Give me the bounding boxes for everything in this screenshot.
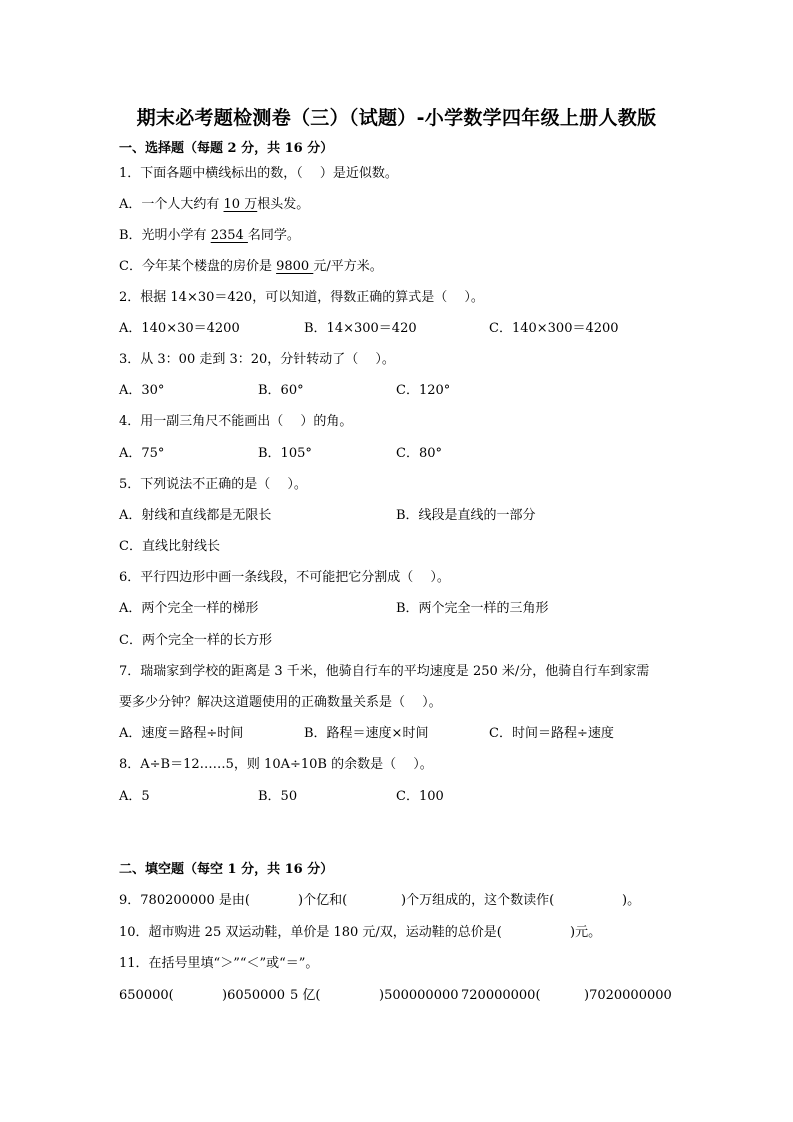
question-2-option-a: A．140×30＝4200	[119, 321, 240, 337]
question-7-stem-line-2: 要多少分钟？解决这道题使用的正确数量关系是（ ）。	[119, 695, 442, 711]
page-title: 期末必考题检测卷（三）（试题）-小学数学四年级上册人教版	[0, 103, 793, 130]
question-1-option-c: C．今年某个楼盘的房价是 9800 元/平方米。	[119, 259, 383, 275]
section-heading-choice: 一、选择题（每题 2 分，共 16 分）	[119, 141, 333, 157]
question-8-option-c: C．100	[396, 789, 444, 805]
question-11-comparison-2-right: )500000000	[379, 988, 459, 1004]
question-9-part-3: )个万组成的，这个数读作(	[401, 893, 554, 909]
option-prefix: B．光明小学有	[119, 228, 211, 243]
question-5-stem: 5．下列说法不正确的是（ ）。	[119, 477, 307, 493]
option-prefix: A．一个人大约有	[119, 197, 224, 212]
question-9-part-1: 9．780200000 是由(	[119, 893, 250, 909]
question-4-option-a: A．75°	[119, 446, 164, 462]
question-4-option-c: C．80°	[396, 446, 442, 462]
question-9-part-2: )个亿和(	[298, 893, 347, 909]
section-heading-fill-in: 二、填空题（每空 1 分，共 16 分）	[119, 862, 333, 878]
question-2-option-c: C．140×300＝4200	[489, 321, 619, 337]
question-5-option-b: B．线段是直线的一部分	[396, 508, 536, 524]
underlined-number: 9800	[276, 259, 313, 274]
question-3-option-b: B．60°	[258, 383, 304, 399]
question-2-stem: 2．根据 14×30＝420，可以知道，得数正确的算式是（ ）。	[119, 290, 484, 306]
question-9-part-4: )。	[622, 893, 640, 909]
question-11-stem: 11．在括号里填“＞”“＜”或“＝”。	[119, 956, 318, 972]
question-7-option-b: B．路程＝速度×时间	[304, 726, 428, 742]
question-11-comparison-2-left: 5 亿(	[290, 988, 320, 1004]
question-11-comparison-1-left: 650000(	[119, 988, 174, 1004]
question-7-option-a: A．速度＝路程÷时间	[119, 726, 243, 742]
question-3-option-a: A．30°	[119, 383, 164, 399]
question-7-option-c: C．时间＝路程÷速度	[489, 726, 614, 742]
question-1-option-a: A．一个人大约有 10 万根头发。	[119, 197, 309, 213]
question-4-option-b: B．105°	[258, 446, 312, 462]
question-6-stem: 6．平行四边形中画一条线段，不可能把它分割成（ ）。	[119, 570, 450, 586]
question-11-comparison-3-right: )7020000000	[584, 988, 672, 1004]
question-10-part-1: 10．超市购进 25 双运动鞋，单价是 180 元/双，运动鞋的总价是(	[119, 925, 502, 941]
question-7-stem-line-1: 7．瑞瑞家到学校的距离是 3 千米，他骑自行车的平均速度是 250 米/分，他骑…	[119, 664, 649, 680]
exam-page: 期末必考题检测卷（三）（试题）-小学数学四年级上册人教版 一、选择题（每题 2 …	[0, 0, 793, 1122]
question-1-stem: 1．下面各题中横线标出的数，（ ）是近似数。	[119, 166, 398, 182]
question-5-option-c: C．直线比射线长	[119, 539, 220, 555]
question-5-option-a: A．射线和直线都是无限长	[119, 508, 271, 524]
question-6-option-b: B．两个完全一样的三角形	[396, 601, 549, 617]
option-suffix: 元/平方米。	[313, 259, 382, 274]
question-6-option-c: C．两个完全一样的长方形	[119, 633, 272, 649]
question-11-comparison-1-right: )6050000	[222, 988, 285, 1004]
question-1-option-b: B．光明小学有 2354 名同学。	[119, 228, 300, 244]
question-8-option-a: A．5	[119, 789, 150, 805]
question-4-stem: 4．用一副三角尺不能画出（ ）的角。	[119, 414, 352, 430]
question-8-option-b: B．50	[258, 789, 297, 805]
question-2-option-b: B．14×300＝420	[304, 321, 417, 337]
underlined-number: 2354	[211, 228, 248, 243]
option-suffix: 根头发。	[257, 197, 309, 212]
underlined-number: 10 万	[224, 197, 258, 212]
question-11-comparison-3-left: 720000000(	[461, 988, 541, 1004]
question-3-stem: 3．从 3：00 走到 3：20，分针转动了（ ）。	[119, 352, 395, 368]
question-3-option-c: C．120°	[396, 383, 450, 399]
option-prefix: C．今年某个楼盘的房价是	[119, 259, 276, 274]
question-6-option-a: A．两个完全一样的梯形	[119, 601, 258, 617]
question-8-stem: 8．A÷B＝12……5，则 10A÷10B 的余数是（ ）。	[119, 757, 433, 773]
option-suffix: 名同学。	[248, 228, 300, 243]
question-10-part-2: )元。	[570, 925, 601, 941]
